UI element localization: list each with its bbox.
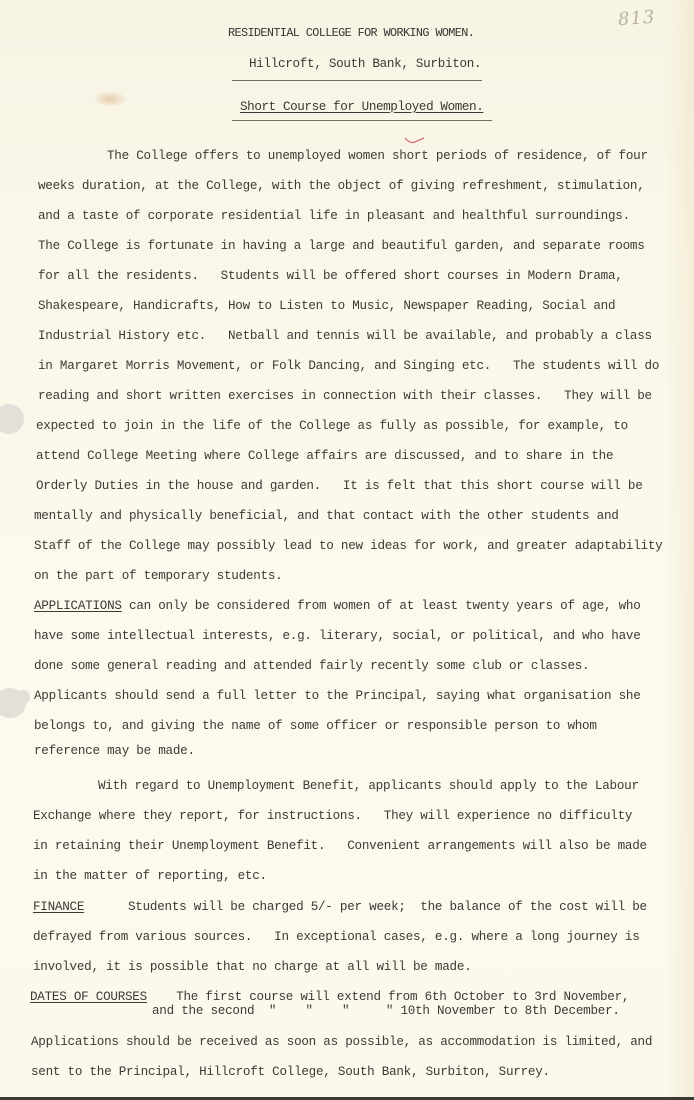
paper-stain — [95, 92, 125, 106]
body-line: defrayed from various sources. In except… — [33, 931, 640, 944]
finance-text: Students will be charged 5/- per week; t… — [84, 900, 647, 914]
body-line: Orderly Duties in the house and garden. … — [36, 480, 643, 493]
body-line: Staff of the College may possibly lead t… — [34, 540, 662, 553]
applications-heading: APPLICATIONS — [34, 599, 122, 613]
body-line: sent to the Principal, Hillcroft College… — [31, 1066, 550, 1079]
body-line: in the matter of reporting, etc. — [33, 870, 267, 883]
finance-line: FINANCE Students will be charged 5/- per… — [33, 901, 647, 914]
body-line: expected to join in the life of the Coll… — [36, 420, 628, 433]
dates-line: DATES OF COURSES The first course will e… — [30, 991, 629, 1004]
body-line: in Margaret Morris Movement, or Folk Dan… — [38, 360, 659, 373]
punch-hole-bottom-tail — [16, 690, 30, 704]
body-line: weeks duration, at the College, with the… — [38, 180, 645, 193]
body-line: on the part of temporary students. — [34, 570, 282, 583]
body-line: have some intellectual interests, e.g. l… — [34, 630, 641, 643]
punch-hole-top — [0, 404, 24, 434]
body-line: involved, it is possible that no charge … — [33, 961, 471, 974]
address-heading: Hillcroft, South Bank, Surbiton. — [249, 57, 481, 71]
dates-text: The first course will extend from 6th Oc… — [147, 990, 629, 1004]
document-title: Short Course for Unemployed Women. — [240, 100, 483, 114]
body-line: Shakespeare, Handicrafts, How to Listen … — [38, 300, 615, 313]
body-line: and the second " " " " 10th November to … — [152, 1005, 620, 1018]
body-line: mentally and physically beneficial, and … — [34, 510, 619, 523]
institution-heading: RESIDENTIAL COLLEGE FOR WORKING WOMEN. — [228, 26, 474, 40]
document-page: 813 RESIDENTIAL COLLEGE FOR WORKING WOME… — [0, 0, 694, 1097]
body-line: and a taste of corporate residential lif… — [38, 210, 630, 223]
body-line: for all the residents. Students will be … — [38, 270, 623, 283]
red-correction-mark — [404, 136, 426, 146]
title-rule — [232, 120, 492, 121]
header-rule — [232, 80, 482, 81]
page-number-annotation: 813 — [617, 7, 656, 31]
body-line: The College offers to unemployed women s… — [107, 150, 648, 163]
body-line: belongs to, and giving the name of some … — [34, 720, 597, 733]
body-line: Applicants should send a full letter to … — [34, 690, 641, 703]
applications-line: APPLICATIONS can only be considered from… — [34, 600, 641, 613]
body-line: Applications should be received as soon … — [31, 1036, 652, 1049]
body-line: With regard to Unemployment Benefit, app… — [98, 780, 639, 793]
dates-heading: DATES OF COURSES — [30, 990, 147, 1004]
applications-text: can only be considered from women of at … — [122, 599, 641, 613]
body-line: reference may be made. — [34, 745, 195, 758]
body-line: reading and short written exercises in c… — [38, 390, 652, 403]
finance-heading: FINANCE — [33, 900, 84, 914]
body-line: Exchange where they report, for instruct… — [33, 810, 632, 823]
body-line: in retaining their Unemployment Benefit.… — [33, 840, 647, 853]
body-line: Industrial History etc. Netball and tenn… — [38, 330, 652, 343]
body-line: done some general reading and attended f… — [34, 660, 589, 673]
body-line: attend College Meeting where College aff… — [36, 450, 613, 463]
body-line: The College is fortunate in having a lar… — [38, 240, 645, 253]
